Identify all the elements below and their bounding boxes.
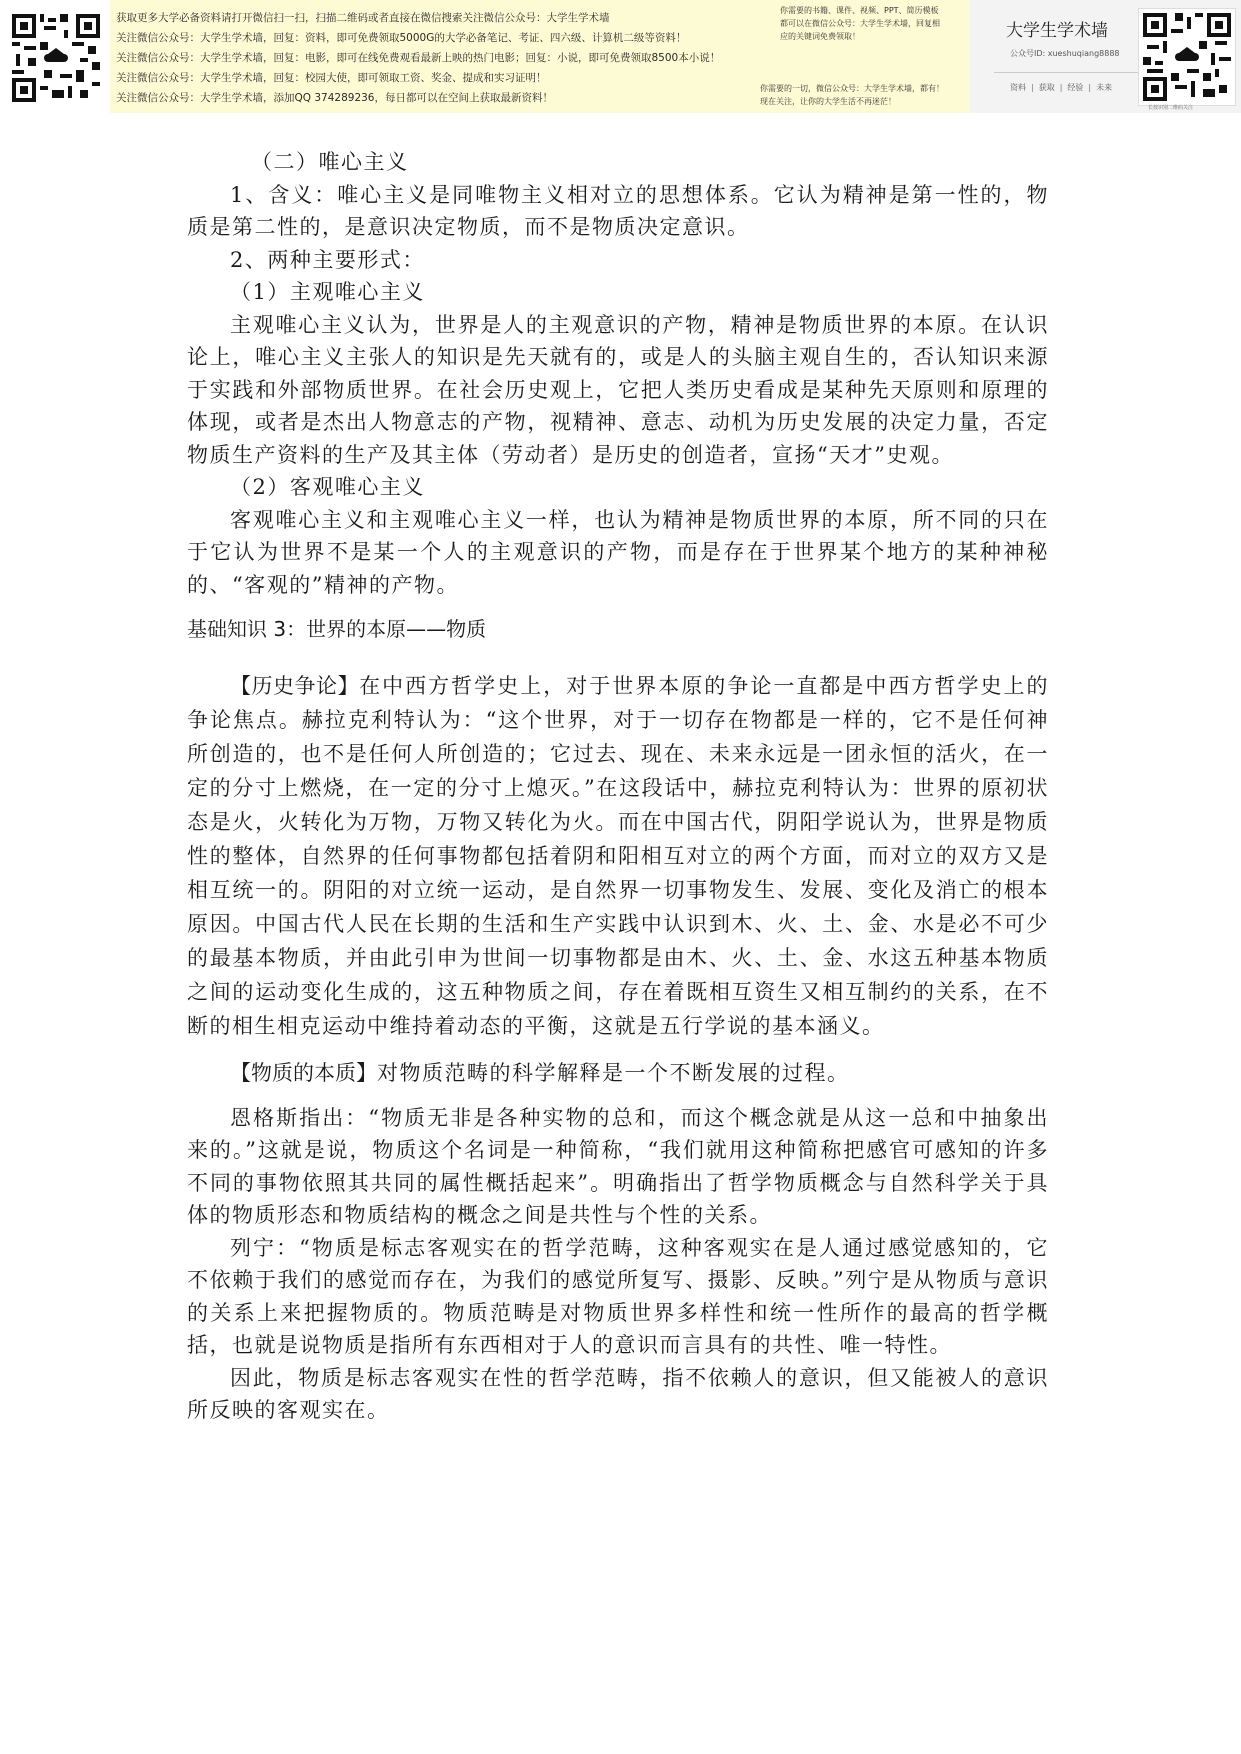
paragraph-subjective-idealism: 主观唯心主义认为，世界是人的主观意识的产物，精神是物质世界的本原。在认识论上，唯… — [187, 309, 1049, 472]
paragraph-objective-idealism: 客观唯心主义和主观唯心主义一样，也认为精神是物质世界的本原，所不同的只在于它认为… — [187, 504, 1049, 602]
essence-tag: 【物质的本质】 — [230, 1061, 377, 1085]
account-id: 公众号ID: xueshuqiang8888 — [1010, 48, 1120, 59]
qr-caption: 长按识别二维码关注 — [1148, 104, 1193, 111]
banner-text-area: 获取更多大学必备资料请打开微信扫一扫，扫描二维码或者直接在微信搜索关注微信公众号… — [110, 0, 970, 113]
banner-note-top: 你需要的书籍、课件、视频、PPT、简历模板 都可以在微信公众号：大学生学术墙，回… — [780, 4, 940, 43]
paragraph-essence: 【物质的本质】对物质范畴的科学解释是一个不断发展的过程。 — [187, 1057, 1049, 1090]
document-body: （二）唯心主义 1、含义：唯心主义是同唯物主义相对立的思想体系。它认为精神是第一… — [187, 146, 1049, 1427]
account-name: 大学生学术墙 — [1006, 16, 1108, 41]
paragraph-history-debate: 【历史争论】在中西方哲学史上，对于世界本原的争论一直都是中西方哲学史上的争论焦点… — [187, 669, 1049, 1043]
banner-line: 关注微信公众号：大学生学术墙，回复：校园大使，即可领取工资、奖金、提成和实习证明… — [116, 68, 720, 88]
card-link: 获取 — [1039, 83, 1055, 92]
banner-line: 关注微信公众号：大学生学术墙，添加QQ 374289236，每日都可以在空间上获… — [116, 88, 720, 108]
paragraph-conclusion: 因此，物质是标志客观实在性的哲学范畴，指不依赖人的意识，但又能被人的意识所反映的… — [187, 1362, 1049, 1427]
banner-note-bottom: 你需要的一切，微信公众号：大学生学术墙，都有！ 现在关注，让你的大学生活不再迷茫… — [760, 82, 944, 108]
forms-title: 2、两种主要形式： — [187, 244, 1049, 277]
card-link: 未来 — [1096, 83, 1112, 92]
card-links: 资料|获取|经验|未来 — [1010, 82, 1112, 93]
banner-line: 关注微信公众号：大学生学术墙，回复：资料，即可免费领取5000G的大学必备笔记、… — [116, 28, 720, 48]
qr-code-icon — [1138, 8, 1236, 106]
card-link: 经验 — [1067, 83, 1083, 92]
history-tag: 【历史争论】 — [230, 674, 359, 698]
knowledge-heading: 基础知识 3：世界的本原——物质 — [187, 615, 1049, 643]
divider — [994, 72, 1139, 73]
paragraph-engels: 恩格斯指出：“物质无非是各种实物的总和，而这个概念就是从这一总和中抽象出来的。”… — [187, 1102, 1049, 1232]
objective-idealism-title: （2）客观唯心主义 — [187, 471, 1049, 504]
banner-line: 关注微信公众号：大学生学术墙，回复：电影，即可在线免费观看最新上映的热门电影；回… — [116, 48, 720, 68]
section-title: （二）唯心主义 — [187, 146, 1049, 179]
account-card: 大学生学术墙 公众号ID: xueshuqiang8888 资料|获取|经验|未… — [970, 0, 1241, 113]
qr-code-icon — [8, 10, 104, 106]
subjective-idealism-title: （1）主观唯心主义 — [187, 276, 1049, 309]
paragraph-definition: 1、含义：唯心主义是同唯物主义相对立的思想体系。它认为精神是第一性的，物质是第二… — [187, 179, 1049, 244]
paragraph-lenin: 列宁：“物质是标志客观实在的哲学范畴，这种客观实在是人通过感觉感知的，它不依赖于… — [187, 1232, 1049, 1362]
banner-line: 获取更多大学必备资料请打开微信扫一扫，扫描二维码或者直接在微信搜索关注微信公众号… — [116, 8, 720, 28]
card-link: 资料 — [1010, 83, 1026, 92]
promo-banner: 获取更多大学必备资料请打开微信扫一扫，扫描二维码或者直接在微信搜索关注微信公众号… — [0, 0, 1241, 113]
